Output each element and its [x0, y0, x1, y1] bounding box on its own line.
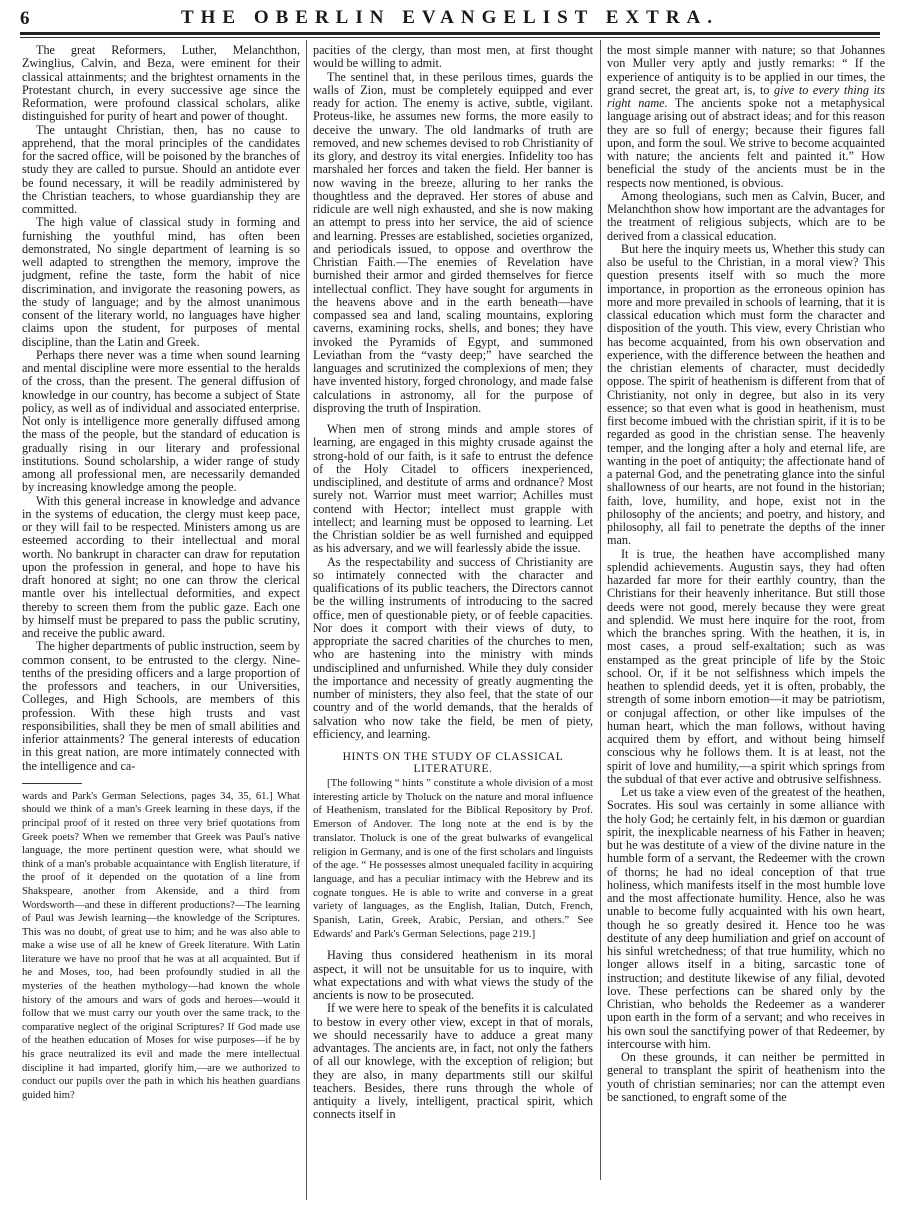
paragraph: On these grounds, it can neither be perm… [607, 1051, 885, 1104]
masthead-rule-thin [20, 37, 880, 38]
paragraph: The great Reformers, Luther, Melanchthon… [22, 44, 300, 124]
paragraph: When men of strong minds and ample store… [313, 423, 593, 556]
paragraph: But here the inquiry meets us, Whether t… [607, 243, 885, 548]
paragraph: It is true, the heathen have accomplishe… [607, 548, 885, 787]
paragraph-text: The ancients spoke not a metaphysical la… [607, 96, 885, 190]
masthead-rule-thick [20, 32, 880, 35]
article-heading: HINTS ON THE STUDY OF CLASSICAL LITERATU… [313, 751, 593, 775]
paragraph: If we were here to speak of the benefits… [313, 1002, 593, 1121]
footnote-text: wards and Park's German Selections, page… [22, 790, 300, 1103]
paragraph: The sentinel that, in these perilous tim… [313, 71, 593, 416]
paragraph: As the respectability and success of Chr… [313, 556, 593, 742]
footnote: wards and Park's German Selections, page… [22, 790, 300, 1103]
column-2: pacities of the clergy, than most men, a… [313, 44, 593, 1122]
newspaper-title: THE OBERLIN EVANGELIST EXTRA. [0, 7, 900, 29]
column-1: The great Reformers, Luther, Melanchthon… [22, 44, 300, 1102]
paragraph: pacities of the clergy, than most men, a… [313, 44, 593, 71]
paragraph: The higher departments of public instruc… [22, 640, 300, 773]
paragraph: Let us take a view even of the greatest … [607, 786, 885, 1051]
footnote-rule [22, 783, 82, 784]
article-intro: [The following “ hints ” constitute a wh… [313, 777, 593, 941]
column-divider [600, 40, 601, 1180]
paragraph: The high value of classical study in for… [22, 216, 300, 349]
masthead: 6 THE OBERLIN EVANGELIST EXTRA. [0, 0, 900, 32]
paragraph: The untaught Christian, then, has no cau… [22, 124, 300, 217]
column-divider [306, 40, 307, 1200]
paragraph: Perhaps there never was a time when soun… [22, 349, 300, 495]
paragraph: With this general increase in knowledge … [22, 495, 300, 641]
column-3: the most simple manner with nature; so t… [607, 44, 885, 1104]
paragraph: Having thus considered heathenism in its… [313, 949, 593, 1002]
paragraph: the most simple manner with nature; so t… [607, 44, 885, 190]
paragraph: Among theologians, such men as Calvin, B… [607, 190, 885, 243]
